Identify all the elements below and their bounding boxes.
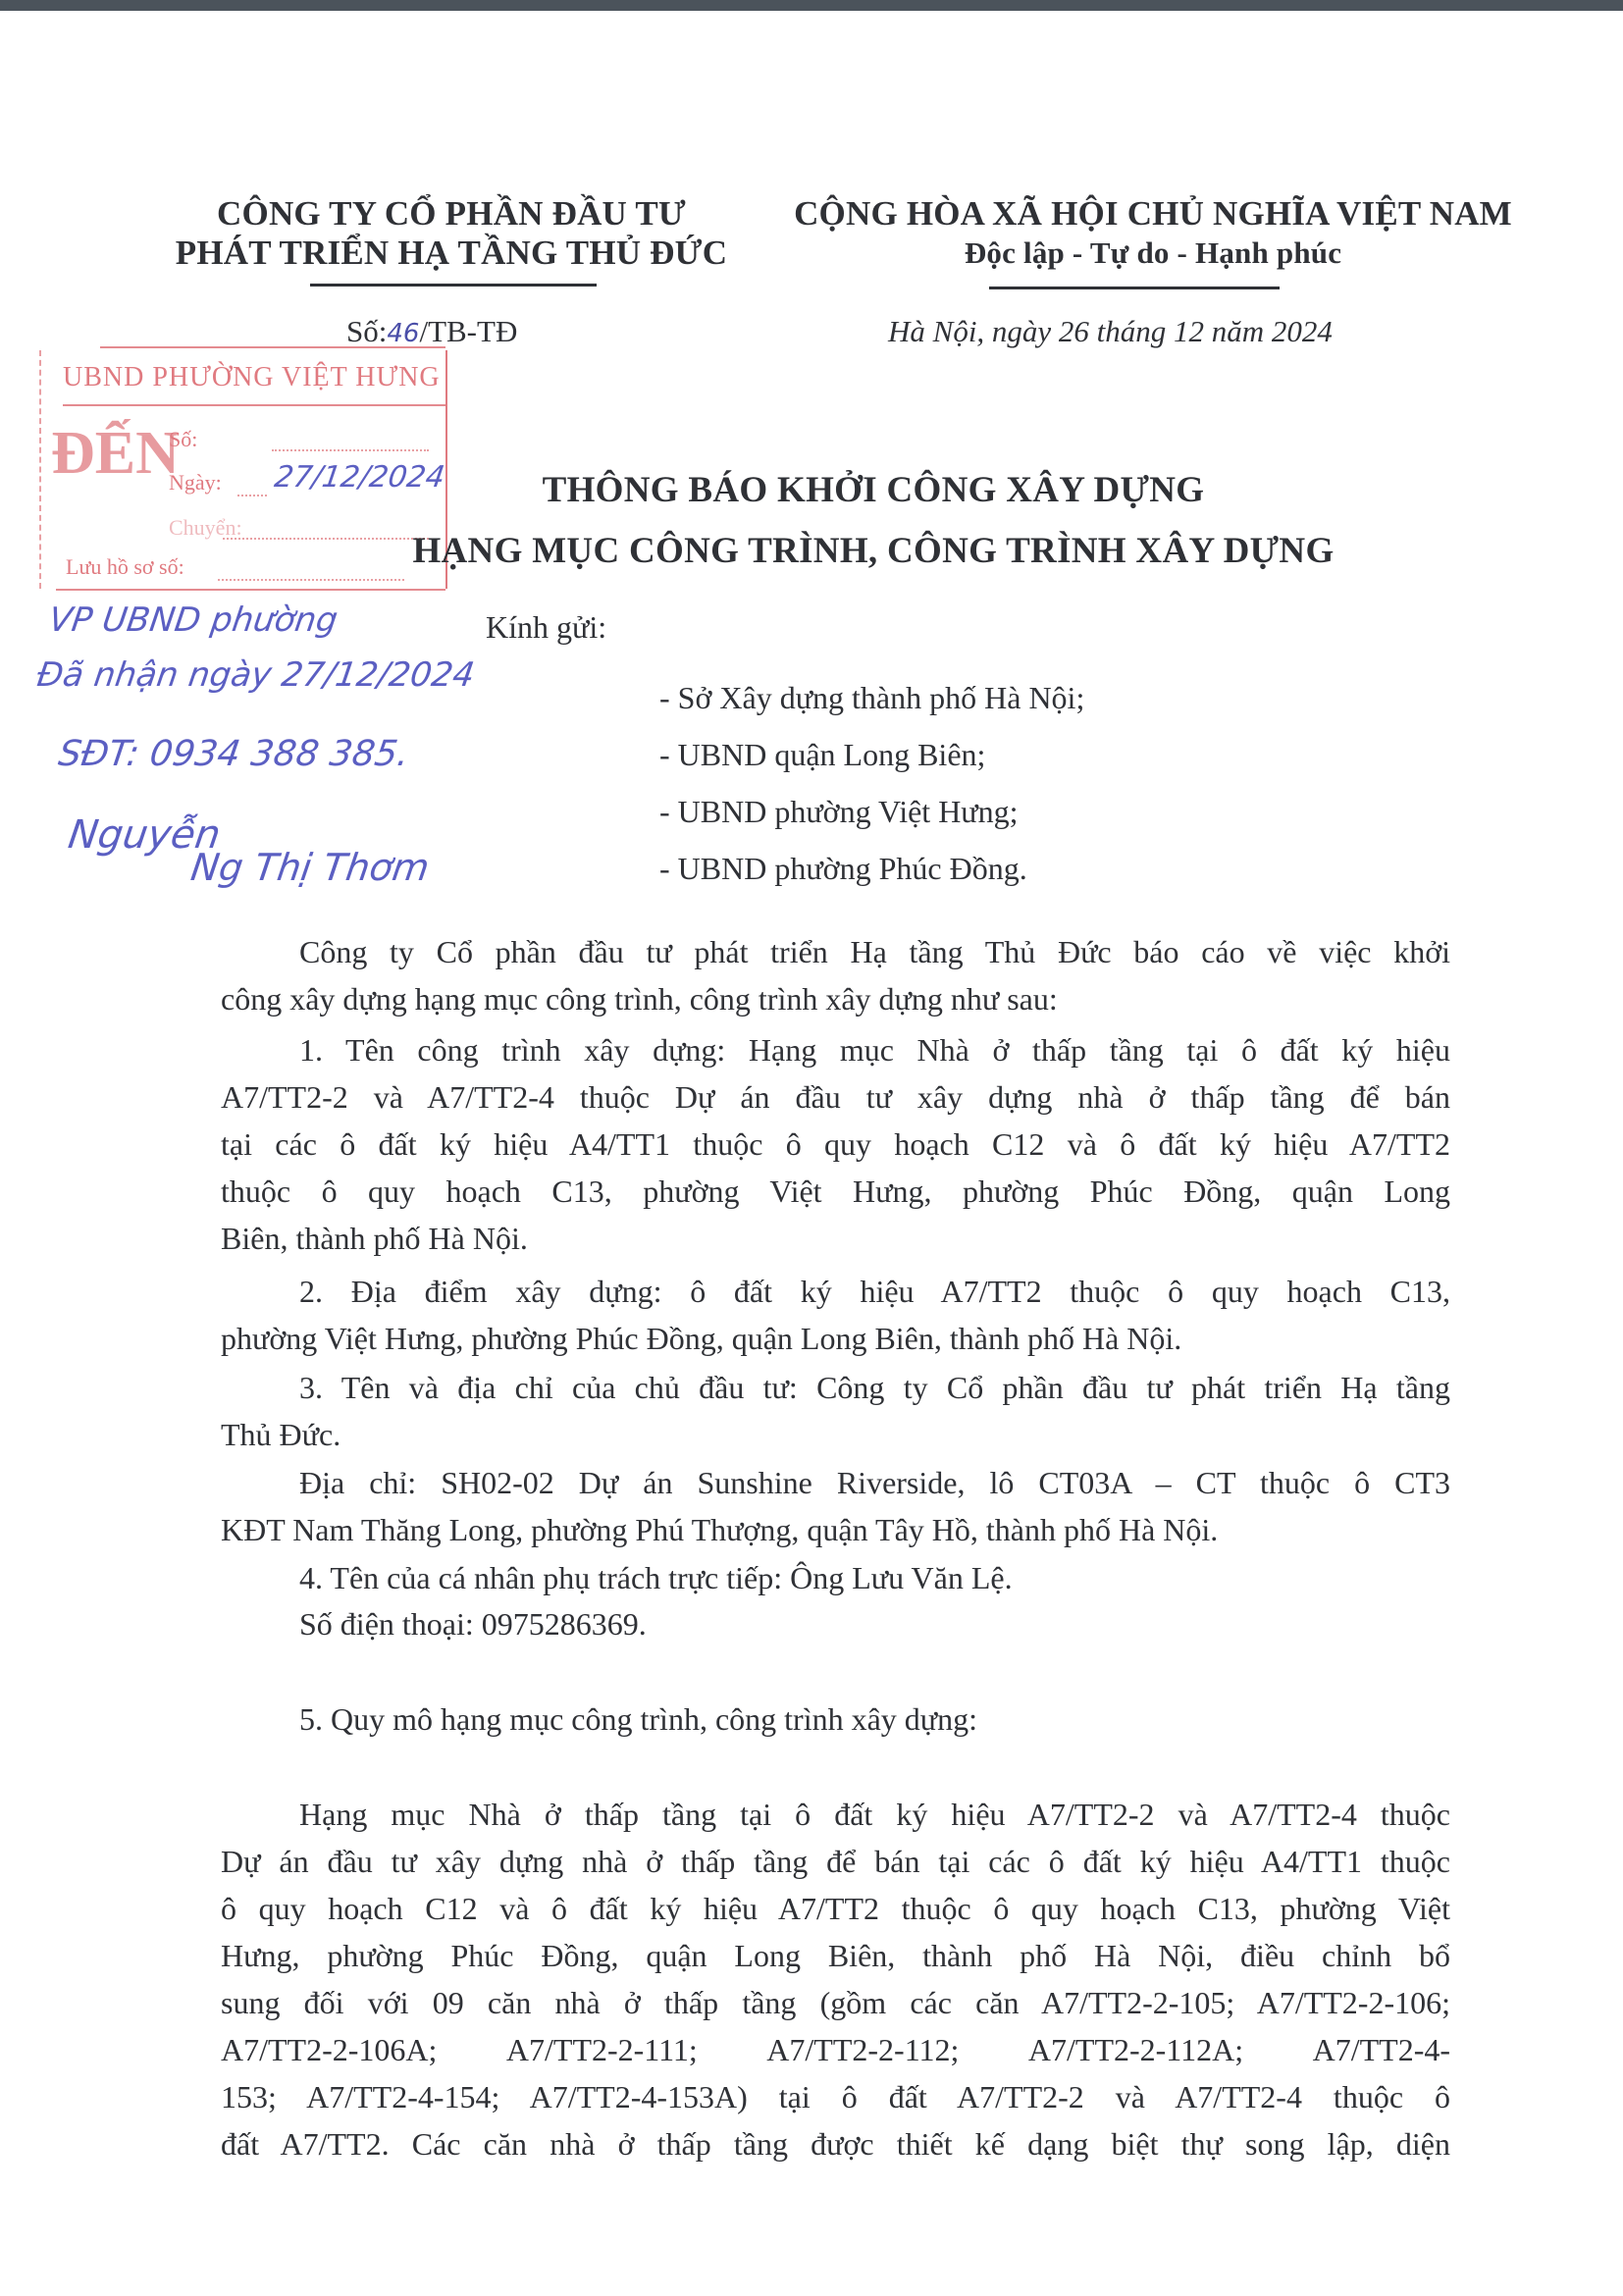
stamp-divider bbox=[63, 404, 445, 406]
paragraph-6: 4. Tên của cá nhân phụ trách trực tiếp: … bbox=[221, 1554, 1450, 1601]
recipient-item: - UBND quận Long Biên; bbox=[659, 731, 1084, 788]
paragraph-5: Địa chỉ: SH02-02 Dự án Sunshine Riversid… bbox=[221, 1459, 1450, 1553]
notice-title-line1: THÔNG BÁO KHỞI CÔNG XÂY DỰNG bbox=[334, 469, 1413, 511]
text-line: Số điện thoại: 0975286369. bbox=[221, 1600, 1450, 1647]
stamp-luu-dots bbox=[218, 578, 404, 581]
recipient-item: - Sở Xây dựng thành phố Hà Nội; bbox=[659, 674, 1084, 731]
motto: Độc lập - Tự do - Hạnh phúc bbox=[765, 234, 1541, 273]
issuer-underline bbox=[310, 284, 597, 287]
stamp-top-border bbox=[100, 346, 445, 348]
stamp-organization: UBND PHƯỜNG VIỆT HƯNG bbox=[63, 362, 441, 393]
national-motto-block: CỘNG HÒA XÃ HỘI CHỦ NGHĨA VIỆT NAM Độc l… bbox=[765, 194, 1541, 273]
paragraph-8: 5. Quy mô hạng mục công trình, công trìn… bbox=[221, 1696, 1450, 1743]
issuer-name-line1: CÔNG TY CỔ PHẦN ĐẦU TƯ bbox=[147, 194, 756, 234]
text-line: KĐT Nam Thăng Long, phường Phú Thượng, q… bbox=[221, 1506, 1450, 1553]
text-line: công xây dựng hạng mục công trình, công … bbox=[221, 975, 1450, 1022]
document-number: Số:46/TB-TĐ bbox=[346, 314, 517, 349]
text-line: ô quy hoạch C12 và ô đất ký hiệu A7/TT2 … bbox=[221, 1885, 1450, 1932]
stamp-den-label: ĐẾN bbox=[51, 419, 180, 489]
text-line: Địa chỉ: SH02-02 Dự án Sunshine Riversid… bbox=[221, 1459, 1450, 1506]
text-line: 2. Địa điểm xây dựng: ô đất ký hiệu A7/T… bbox=[221, 1268, 1450, 1315]
recipient-item: - UBND phường Việt Hưng; bbox=[659, 788, 1084, 845]
text-line: Công ty Cổ phần đầu tư phát triển Hạ tần… bbox=[221, 928, 1450, 975]
text-line: Hưng, phường Phúc Đồng, quận Long Biên, … bbox=[221, 1932, 1450, 1979]
ref-suffix: /TB-TĐ bbox=[419, 314, 517, 348]
text-line: tại các ô đất ký hiệu A4/TT1 thuộc ô quy… bbox=[221, 1121, 1450, 1168]
issue-date: Hà Nội, ngày 26 tháng 12 năm 2024 bbox=[888, 314, 1333, 349]
text-line: 5. Quy mô hạng mục công trình, công trìn… bbox=[221, 1696, 1450, 1743]
paragraph-1: Công ty Cổ phần đầu tư phát triển Hạ tần… bbox=[221, 928, 1450, 1022]
text-line: 4. Tên của cá nhân phụ trách trực tiếp: … bbox=[221, 1554, 1450, 1601]
handwritten-signer-name: Ng Thị Thơm bbox=[188, 846, 432, 889]
stamp-luu-label: Lưu hồ sơ số: bbox=[66, 554, 184, 580]
scan-top-edge bbox=[0, 0, 1623, 11]
stamp-so-label: Số: bbox=[169, 427, 197, 452]
text-line: phường Việt Hưng, phường Phúc Đồng, quận… bbox=[221, 1315, 1450, 1362]
stamp-ngay-label: Ngày: bbox=[169, 470, 222, 496]
notice-title-line2: HẠNG MỤC CÔNG TRÌNH, CÔNG TRÌNH XÂY DỰNG bbox=[285, 530, 1462, 572]
text-line: Thủ Đức. bbox=[221, 1411, 1450, 1458]
text-line: Biên, thành phố Hà Nội. bbox=[221, 1215, 1450, 1262]
issuer-name-line2: PHÁT TRIỂN HẠ TẦNG THỦ ĐỨC bbox=[147, 234, 756, 273]
greeting: Kính gửi: bbox=[486, 603, 606, 651]
text-line: Dự án đầu tư xây dựng nhà ở thấp tầng để… bbox=[221, 1838, 1450, 1885]
text-line: đất A7/TT2. Các căn nhà ở thấp tầng được… bbox=[221, 2120, 1450, 2167]
motto-underline bbox=[989, 287, 1280, 289]
recipient-list: - Sở Xây dựng thành phố Hà Nội;- UBND qu… bbox=[659, 674, 1084, 902]
paragraph-4: 3. Tên và địa chỉ của chủ đầu tư: Công t… bbox=[221, 1364, 1450, 1458]
ref-prefix: Số: bbox=[346, 314, 387, 348]
paragraph-7: Số điện thoại: 0975286369. bbox=[221, 1600, 1450, 1647]
ref-number-handwritten: 46 bbox=[387, 319, 419, 348]
stamp-so-dots bbox=[272, 448, 429, 451]
stamp-ngay-dots bbox=[237, 494, 267, 496]
text-line: 1. Tên công trình xây dựng: Hạng mục Nhà… bbox=[221, 1026, 1450, 1073]
country-name: CỘNG HÒA XÃ HỘI CHỦ NGHĨA VIỆT NAM bbox=[765, 194, 1541, 234]
recipient-item: - UBND phường Phúc Đồng. bbox=[659, 845, 1084, 902]
text-line: sung đối với 09 căn nhà ở thấp tầng (gồm… bbox=[221, 1979, 1450, 2026]
handwritten-note-line1: VP UBND phường bbox=[46, 600, 340, 640]
issuer-block: CÔNG TY CỔ PHẦN ĐẦU TƯ PHÁT TRIỂN HẠ TẦN… bbox=[147, 194, 756, 273]
paragraph-2: 1. Tên công trình xây dựng: Hạng mục Nhà… bbox=[221, 1026, 1450, 1262]
stamp-bottom-border bbox=[56, 589, 445, 591]
handwritten-phone: SĐT: 0934 388 385. bbox=[56, 734, 411, 774]
text-line: 3. Tên và địa chỉ của chủ đầu tư: Công t… bbox=[221, 1364, 1450, 1411]
handwritten-note-line2: Đã nhận ngày 27/12/2024 bbox=[34, 655, 477, 695]
text-line: thuộc ô quy hoạch C13, phường Việt Hưng,… bbox=[221, 1168, 1450, 1215]
paragraph-3: 2. Địa điểm xây dựng: ô đất ký hiệu A7/T… bbox=[221, 1268, 1450, 1362]
text-line: A7/TT2-2-106A; A7/TT2-2-111; A7/TT2-2-11… bbox=[221, 2026, 1450, 2073]
paragraph-9: Hạng mục Nhà ở thấp tầng tại ô đất ký hi… bbox=[221, 1791, 1450, 2167]
text-line: A7/TT2-2 và A7/TT2-4 thuộc Dự án đầu tư … bbox=[221, 1073, 1450, 1121]
text-line: 153; A7/TT2-4-154; A7/TT2-4-153A) tại ô … bbox=[221, 2073, 1450, 2120]
text-line: Hạng mục Nhà ở thấp tầng tại ô đất ký hi… bbox=[221, 1791, 1450, 1838]
